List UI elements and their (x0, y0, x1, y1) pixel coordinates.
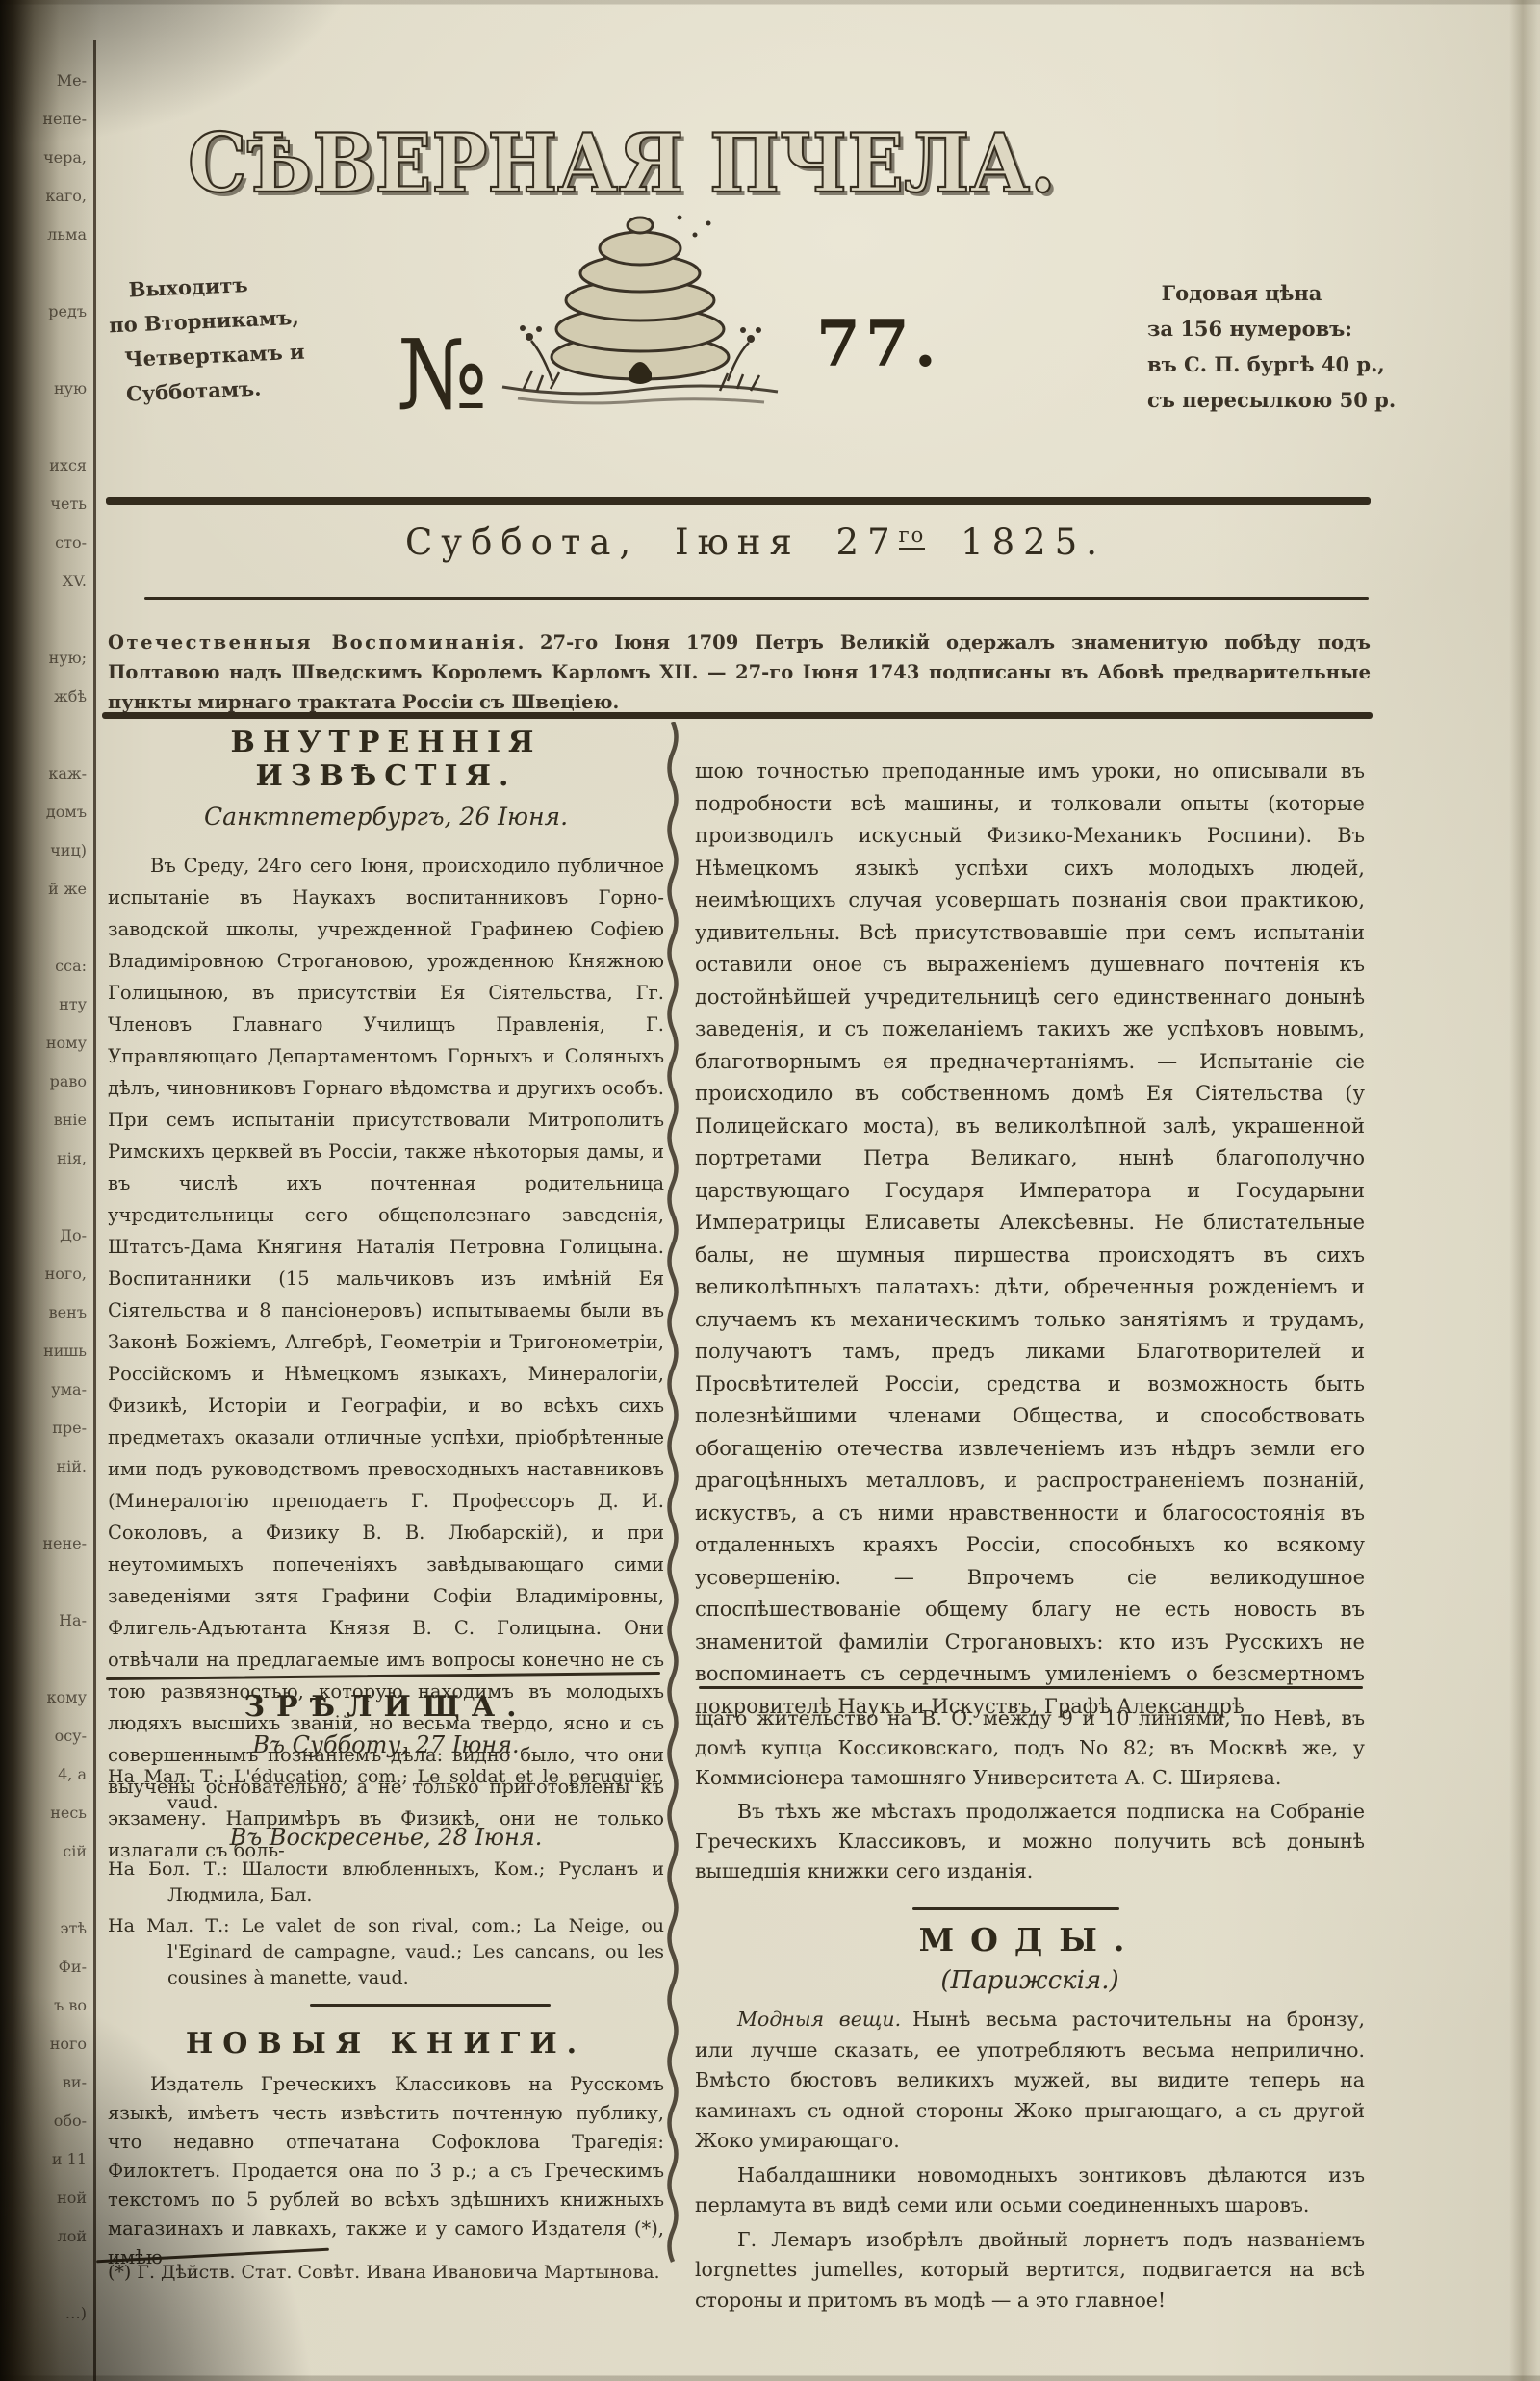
rule-below-dateline (144, 597, 1369, 600)
article-body-right: шою точностью преподанные имъ уроки, но … (695, 755, 1365, 1723)
fashion-paragraph: Набалдашники новомодныхъ зонтиковъ дѣлаю… (695, 2161, 1365, 2221)
memorial-paragraph: Отечественныя Воспоминанія.27-го Іюня 17… (108, 627, 1371, 717)
column-divider-wavy-rule (666, 722, 681, 2281)
rule-above-columns (102, 712, 1373, 719)
dateline-day: Суббота, Іюня 27 (405, 522, 899, 563)
continuation-text: щаго жительство на В. О. между 9 и 10 ли… (695, 1703, 1365, 1793)
section-title-fashion: МОДЫ. (695, 1921, 1365, 1959)
subscription-price: Годовая цѣна за 156 нумеровъ: въ С. П. б… (1147, 275, 1396, 418)
newspaper-scan-page: Ме- непе- чера, каго, льма редъ ную ихся… (0, 0, 1540, 2381)
spectacles-date-saturday: Въ Субботу, 27 Іюня. (108, 1731, 664, 1758)
rule-above-dateline (106, 497, 1371, 505)
subscription-note: Въ тѣхъ же мѣстахъ продолжается подписка… (695, 1797, 1365, 1886)
fashion-paragraph: Г. Лемаръ изобрѣлъ двойный лорнетъ подъ … (695, 2225, 1365, 2317)
page-frame-line (93, 40, 96, 2381)
new-books-section: НОВЫЯ КНИГИ. Издатель Греческихъ Классик… (108, 2027, 664, 2291)
dateline-ordinal: го (899, 524, 926, 550)
spectacles-section: ЗРѢЛИЩА. Въ Субботу, 27 Іюня. На Мал. Т.… (108, 1690, 664, 1996)
new-books-continuation: щаго жительство на В. О. между 9 и 10 ли… (695, 1703, 1365, 1907)
section-title-spectacles: ЗРѢЛИЩА. (108, 1690, 664, 1724)
spectacles-entry: На Мал. Т.: L'éducation, com.; Le soldat… (108, 1764, 664, 1816)
fashion-section: МОДЫ. (Парижскія.) Модныя вещи.Нынѣ весь… (695, 1921, 1365, 2319)
footnote: (*) Г. Дѣйств. Стат. Совѣт. Ивана Иванов… (108, 2262, 664, 2283)
new-books-text: Издатель Греческихъ Классиковъ на Русско… (108, 2070, 664, 2272)
spectacles-entry: На Бол. Т.: Шалости влюбленныхъ, Ком.; Р… (108, 1856, 664, 1908)
rule-above-new-books (310, 2004, 551, 2007)
fashion-subtitle: (Парижскія.) (695, 1966, 1365, 1995)
numero-sign: № (397, 327, 488, 423)
beehive-vignette-icon (491, 208, 789, 415)
memorial-lead: Отечественныя Воспоминанія. (108, 631, 540, 653)
issue-number: 77. (816, 306, 941, 381)
adjacent-page-text-fragments: Ме- непе- чера, каго, льма редъ ную ихся… (4, 62, 87, 2333)
masthead: СѢВЕРНАЯ ПЧЕЛА. СѢВЕРНАЯ ПЧЕЛА. (160, 98, 1084, 223)
section-title-new-books: НОВЫЯ КНИГИ. (108, 2027, 664, 2061)
fashion-paragraph: Модныя вещи.Нынѣ весьма расточительны на… (695, 2005, 1365, 2157)
fashion-lead: Модныя вещи. (737, 2008, 912, 2031)
spectacles-entry: На Мал. Т.: Le valet de son rival, com.;… (108, 1913, 664, 1991)
section-title-domestic-news: ВНУТРЕННІЯ ИЗВѢСТІЯ. (108, 726, 664, 793)
right-column: шою точностью преподанные имъ уроки, но … (695, 735, 1365, 1743)
dateline: Суббота, Іюня 27го 1825. (144, 522, 1367, 563)
spectacles-date-sunday: Въ Воскресенье, 28 Іюня. (108, 1824, 664, 1851)
masthead-title: СѢВЕРНАЯ ПЧЕЛА. (188, 115, 1056, 211)
rule-above-fashion (912, 1907, 1119, 1910)
rule-right-column-section (699, 1686, 1363, 1689)
publication-schedule: Выходитъ по Вторникамъ, Четверткамъ и Су… (107, 266, 307, 413)
section-subtitle-dateline: Санктпетербургъ, 26 Іюня. (108, 803, 664, 831)
dateline-year: 1825. (961, 522, 1106, 563)
